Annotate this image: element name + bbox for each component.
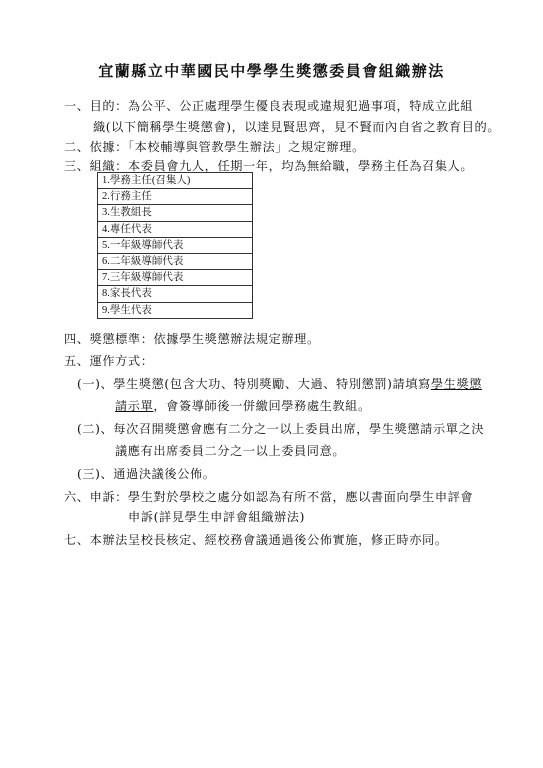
section-5-2-line-2: 議應有出席委員二分之一以上委員同意。 [115,442,345,459]
section-7: 七、本辦法呈校長核定、經校務會議通過後公佈實施，修正時亦同。 [64,531,448,548]
section-6-line-2: 申訴(詳見學生申評會組織辦法) [128,508,305,525]
section-6-line-1: 六、申訴：學生對於學校之處分如認為有所不當，應以書面向學生申評會 [64,488,473,505]
section-5-1-text: (一)、學生獎懲(包含大功、特別獎勵、大過、特別懲罰)請填寫 [77,377,431,391]
committee-members-table: 1.學務主任(召集人) 2.行務主任 3.生教組長 4.專任代表 5.一年級導師… [97,172,253,319]
section-5-1-line-2: 請示單，會簽導師後一併繳回學務處生教組。 [115,397,371,414]
section-5-1-text-cont: ，會簽導師後一併繳回學務處生教組。 [153,399,370,413]
member-row: 6.二年級導師代表 [98,253,253,269]
member-row: 7.三年級導師代表 [98,270,253,286]
member-row: 9.學生代表 [98,302,253,318]
section-5-2-line-1: (二)、每次召開獎懲會應有二分之一以上委員出席，學生獎懲請示單之決 [77,420,484,437]
section-4: 四、獎懲標準：依據學生獎懲辦法規定辦理。 [64,330,320,347]
member-row: 2.行務主任 [98,189,253,205]
member-row: 1.學務主任(召集人) [98,173,253,189]
member-row: 5.一年級導師代表 [98,237,253,253]
form-name-underlined: 學生獎懲 [431,377,482,391]
section-1-line-1: 一、目的：為公平、公正處理學生優良表現或違規犯過事項，特成立此組 [64,97,473,114]
member-row: 8.家長代表 [98,286,253,302]
section-5-1-line-1: (一)、學生獎懲(包含大功、特別獎勵、大過、特別懲罰)請填寫學生獎懲 [77,375,482,392]
section-2: 二、依據：「本校輔導與管教學生辦法」之規定辦理。 [64,138,365,155]
section-1-line-2: 織(以下簡稱學生獎懲會)，以達見賢思齊，見不賢而內自省之教育目的。 [93,118,500,135]
form-name-underlined-cont: 請示單 [115,399,153,413]
section-5: 五、運作方式： [64,352,154,369]
section-5-3: (三)、通過決議後公佈。 [77,465,216,482]
document-title: 宜蘭縣立中華國民中學學生獎懲委員會組織辦法 [0,60,543,81]
member-row: 3.生教組長 [98,205,253,221]
member-row: 4.專任代表 [98,221,253,237]
